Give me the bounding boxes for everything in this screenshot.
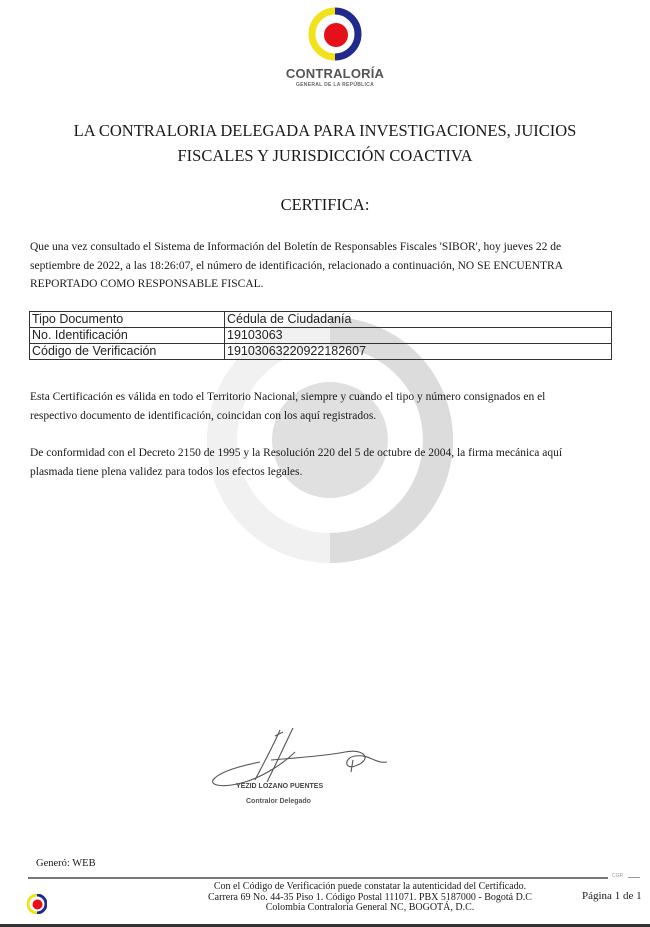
intro-paragraph: Que una vez consultado el Sistema de Inf… [30, 238, 615, 294]
table-label: Tipo Documento [30, 312, 225, 328]
table-value: 19103063220922182607 [225, 344, 612, 360]
footer-line-1: Con el Código de Verificación puede cons… [160, 882, 580, 893]
decree-paragraph: De conformidad con el Decreto 2150 de 19… [30, 444, 615, 481]
document-heading: LA CONTRALORIA DELEGADA PARA INVESTIGACI… [30, 118, 620, 168]
footer-divider [28, 877, 608, 879]
table-label: No. Identificación [30, 328, 225, 344]
validity-line-1: Esta Certificación es válida en todo el … [30, 388, 615, 407]
table-row: Código de Verificación 19103063220922182… [30, 344, 612, 360]
heading-line-2: FISCALES Y JURISDICCIÓN COACTIVA [30, 143, 620, 168]
footer-divider-tail [628, 877, 640, 878]
validity-paragraph: Esta Certificación es válida en todo el … [30, 388, 615, 425]
footer-text: Con el Código de Verificación puede cons… [160, 882, 580, 914]
intro-line-2: septiembre de 2022, a las 18:26:07, el n… [30, 257, 615, 276]
footer-line-3: Colombia Contraloría General NC, BOGOTÁ,… [160, 903, 580, 914]
signatory-name: YEZID LOZANO PUENTES [236, 783, 323, 790]
table-value: 19103063 [225, 328, 612, 344]
generated-by: Generó: WEB [36, 858, 96, 869]
cgr-tag: CGR [612, 873, 623, 879]
identification-table: Tipo Documento Cédula de Ciudadanía No. … [29, 311, 612, 360]
signature-icon [205, 722, 405, 792]
logo-subtitle: GENERAL DE LA REPÚBLICA [283, 82, 387, 88]
table-row: Tipo Documento Cédula de Ciudadanía [30, 312, 612, 328]
footer-logo-icon [27, 894, 47, 919]
table-value: Cédula de Ciudadanía [225, 312, 612, 328]
certifica-title: CERTIFICA: [0, 195, 650, 215]
heading-line-1: LA CONTRALORIA DELEGADA PARA INVESTIGACI… [30, 118, 620, 143]
contraloria-circle-logo-icon [307, 6, 363, 62]
intro-line-1: Que una vez consultado el Sistema de Inf… [30, 238, 615, 257]
signatory-role: Contralor Delegado [246, 798, 311, 805]
decree-line-1: De conformidad con el Decreto 2150 de 19… [30, 444, 615, 463]
contraloria-logo: CONTRALORÍA GENERAL DE LA REPÚBLICA [283, 6, 387, 88]
intro-line-3: REPORTADO COMO RESPONSABLE FISCAL. [30, 275, 615, 294]
decree-line-2: plasmada tiene plena validez para todos … [30, 463, 615, 482]
page-indicator: Página 1 de 1 [582, 890, 642, 902]
validity-line-2: respectivo documento de identificación, … [30, 407, 615, 426]
table-label: Código de Verificación [30, 344, 225, 360]
table-row: No. Identificación 19103063 [30, 328, 612, 344]
logo-name: CONTRALORÍA [283, 66, 387, 81]
